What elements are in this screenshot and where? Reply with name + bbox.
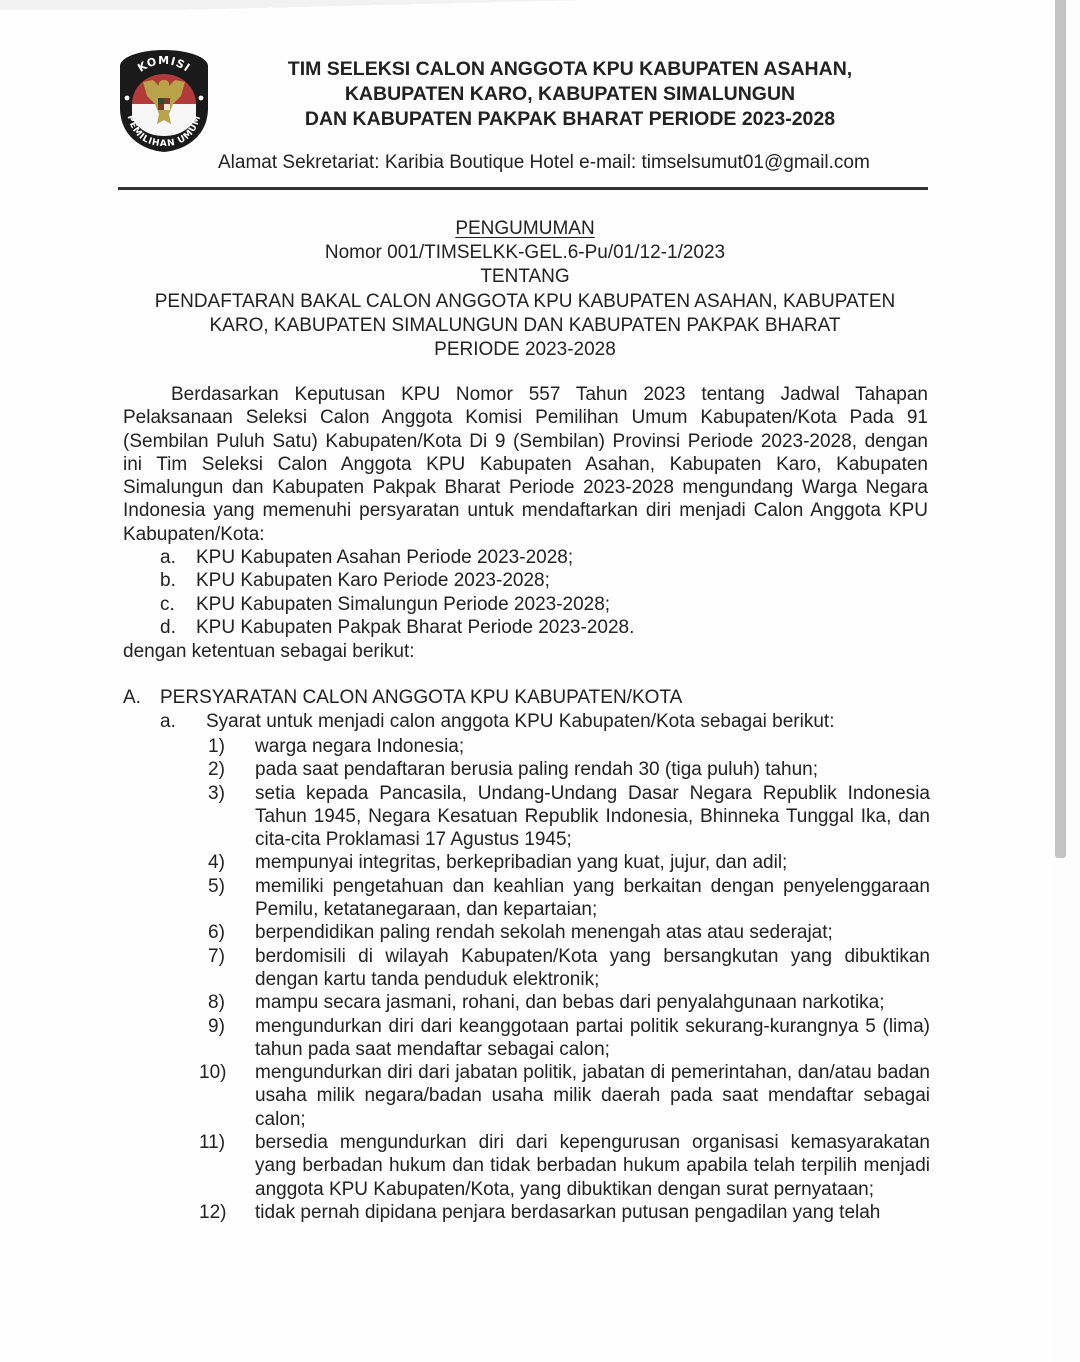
list-text: KPU Kabupaten Simalungun Periode 2023-20…: [196, 593, 610, 616]
list-item: 6)berpendidikan paling rendah sekolah me…: [208, 921, 930, 944]
item-number: 3): [208, 782, 255, 852]
item-number: 2): [208, 758, 255, 781]
list-item: 10)mengundurkan diri dari jabatan politi…: [208, 1061, 930, 1131]
item-text: tidak pernah dipidana penjara berdasarka…: [255, 1201, 930, 1224]
letterhead-title-line: KABUPATEN KARO, KABUPATEN SIMALUNGUN: [230, 82, 910, 107]
announcement-about: TENTANG: [110, 265, 940, 289]
list-item: 8)mampu secara jasmani, rohani, dan beba…: [208, 991, 930, 1014]
letterhead-title-line: TIM SELEKSI CALON ANGGOTA KPU KABUPATEN …: [230, 57, 910, 82]
announcement-subject-line: KARO, KABUPATEN SIMALUNGUN DAN KABUPATEN…: [110, 314, 940, 338]
list-item: 11)bersedia mengundurkan diri dari kepen…: [208, 1131, 930, 1201]
list-item: c. KPU Kabupaten Simalungun Periode 2023…: [160, 593, 634, 616]
item-number: 6): [208, 921, 255, 944]
announcement-type: PENGUMUMAN: [455, 218, 594, 239]
list-marker: d.: [160, 616, 196, 639]
list-marker: a.: [160, 546, 196, 569]
section-a-subitem: a. Syarat untuk menjadi calon anggota KP…: [160, 710, 834, 733]
item-number: 8): [208, 991, 255, 1014]
item-text: warga negara Indonesia;: [255, 735, 930, 758]
item-number: 12): [199, 1201, 255, 1224]
subitem-text: Syarat untuk menjadi calon anggota KPU K…: [206, 710, 834, 733]
item-number: 10): [199, 1061, 255, 1131]
item-text: berpendidikan paling rendah sekolah mene…: [255, 921, 930, 944]
item-text: mampu secara jasmani, rohani, dan bebas …: [255, 991, 930, 1014]
section-marker: A.: [123, 686, 160, 709]
item-number: 4): [208, 851, 255, 874]
intro-closing: dengan ketentuan sebagai berikut:: [123, 640, 415, 663]
list-item: d. KPU Kabupaten Pakpak Bharat Periode 2…: [160, 616, 634, 639]
announcement-heading: PENGUMUMAN Nomor 001/TIMSELKK-GEL.6-Pu/0…: [110, 217, 940, 362]
announcement-number: Nomor 001/TIMSELKK-GEL.6-Pu/01/12-1/2023: [110, 241, 940, 265]
item-text: mengundurkan diri dari jabatan politik, …: [255, 1061, 930, 1131]
list-text: KPU Kabupaten Asahan Periode 2023-2028;: [196, 546, 573, 569]
item-text: bersedia mengundurkan diri dari kepengur…: [255, 1131, 930, 1201]
list-item: 4)mempunyai integritas, berkepribadian y…: [208, 851, 930, 874]
scan-edge: [0, 0, 1054, 10]
intro-paragraph-text: Berdasarkan Keputusan KPU Nomor 557 Tahu…: [123, 383, 928, 546]
section-title: PERSYARATAN CALON ANGGOTA KPU KABUPATEN/…: [160, 686, 682, 709]
item-text: berdomisili di wilayah Kabupaten/Kota ya…: [255, 945, 930, 992]
list-item: a. KPU Kabupaten Asahan Periode 2023-202…: [160, 546, 634, 569]
kpu-logo-icon: KOMISI PEMILIHAN UMUM: [116, 46, 212, 154]
subitem-marker: a.: [160, 710, 206, 733]
requirements-list: 1)warga negara Indonesia; 2)pada saat pe…: [208, 735, 930, 1224]
list-item: 5)memiliki pengetahuan dan keahlian yang…: [208, 875, 930, 922]
item-text: mengundurkan diri dari keanggotaan parta…: [255, 1015, 930, 1062]
item-text: mempunyai integritas, berkepribadian yan…: [255, 851, 930, 874]
item-text: memiliki pengetahuan dan keahlian yang b…: [255, 875, 930, 922]
item-number: 7): [208, 945, 255, 992]
list-item: 9)mengundurkan diri dari keanggotaan par…: [208, 1015, 930, 1062]
letterhead-divider: [118, 187, 928, 190]
list-text: KPU Kabupaten Karo Periode 2023-2028;: [196, 569, 550, 592]
list-item: 1)warga negara Indonesia;: [208, 735, 930, 758]
letterhead-title-line: DAN KABUPATEN PAKPAK BHARAT PERIODE 2023…: [230, 107, 910, 132]
list-item: 12)tidak pernah dipidana penjara berdasa…: [208, 1201, 930, 1224]
item-text: setia kepada Pancasila, Undang-Undang Da…: [255, 782, 930, 852]
list-item: 7)berdomisili di wilayah Kabupaten/Kota …: [208, 945, 930, 992]
list-marker: c.: [160, 593, 196, 616]
letterhead-title: TIM SELEKSI CALON ANGGOTA KPU KABUPATEN …: [230, 57, 910, 132]
list-item: 3)setia kepada Pancasila, Undang-Undang …: [208, 782, 930, 852]
document-page: KOMISI PEMILIHAN UMUM TIM SELEKSI CALON …: [0, 0, 1054, 1362]
vertical-scrollbar-thumb[interactable]: [1055, 0, 1066, 858]
item-text: pada saat pendaftaran berusia paling ren…: [255, 758, 930, 781]
letterhead-address: Alamat Sekretariat: Karibia Boutique Hot…: [218, 152, 870, 174]
list-marker: b.: [160, 569, 196, 592]
item-number: 1): [208, 735, 255, 758]
item-number: 9): [208, 1015, 255, 1062]
list-item: b. KPU Kabupaten Karo Periode 2023-2028;: [160, 569, 634, 592]
announcement-subject-line: PERIODE 2023-2028: [110, 338, 940, 362]
intro-paragraph: Berdasarkan Keputusan KPU Nomor 557 Tahu…: [123, 383, 928, 546]
item-number: 11): [199, 1131, 255, 1201]
announcement-subject-line: PENDAFTARAN BAKAL CALON ANGGOTA KPU KABU…: [110, 290, 940, 314]
list-item: 2)pada saat pendaftaran berusia paling r…: [208, 758, 930, 781]
section-a-heading: A. PERSYARATAN CALON ANGGOTA KPU KABUPAT…: [123, 686, 682, 709]
regency-list: a. KPU Kabupaten Asahan Periode 2023-202…: [160, 546, 634, 639]
item-number: 5): [208, 875, 255, 922]
list-text: KPU Kabupaten Pakpak Bharat Periode 2023…: [196, 616, 634, 639]
